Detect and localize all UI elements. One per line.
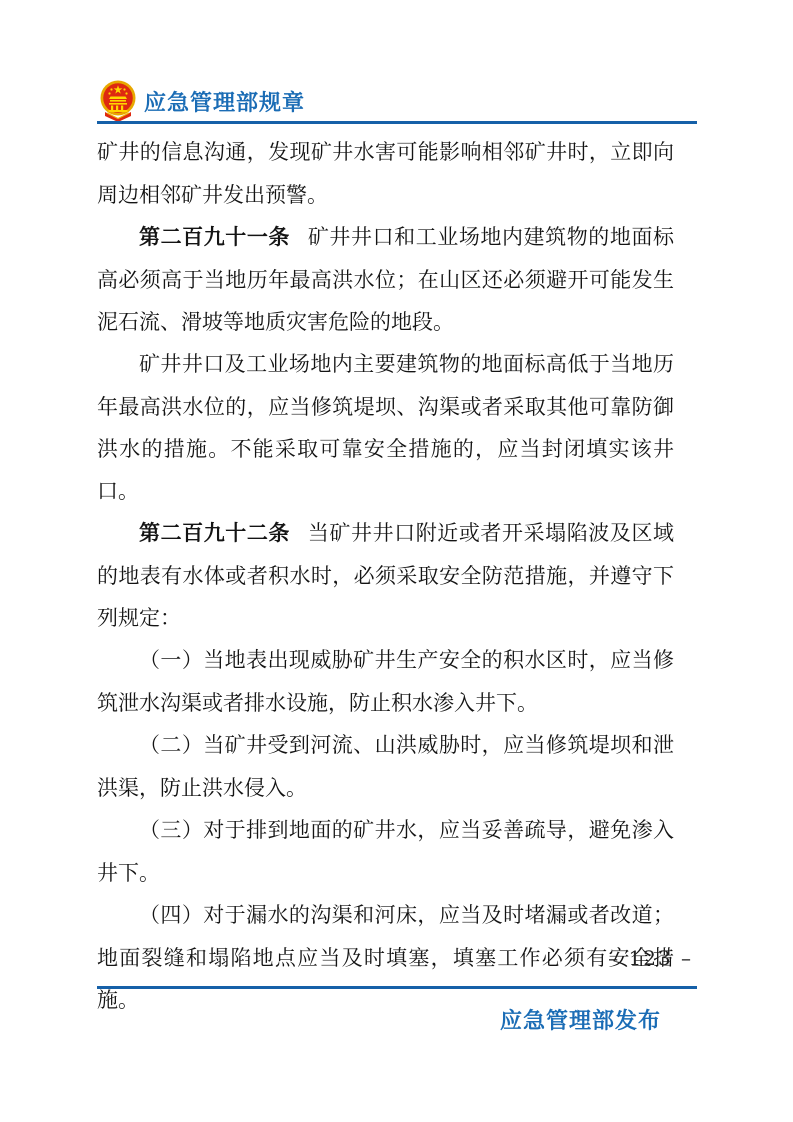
header-title: 应急管理部规章 (144, 86, 305, 117)
paragraph: 第二百九十一条矿井井口和工业场地内建筑物的地面标高必须高于当地历年最高洪水位；在… (97, 216, 674, 343)
document-page: 应急管理部规章 矿井的信息沟通，发现矿井水害可能影响相邻矿井时，立即向周边相邻矿… (0, 0, 793, 1122)
paragraph-text: （四）对于漏水的沟渠和河床，应当及时堵漏或者改道；地面裂缝和塌陷地点应当及时填塞… (97, 903, 674, 1012)
paragraph: （三）对于排到地面的矿井水，应当妥善疏导，避免渗入井下。 (97, 809, 674, 894)
paragraph: （一）当地表出现威胁矿井生产安全的积水区时，应当修筑泄水沟渠或者排水设施，防止积… (97, 639, 674, 724)
paragraph-text: 矿井井口及工业场地内主要建筑物的地面标高低于当地历年最高洪水位的，应当修筑堤坝、… (97, 352, 674, 503)
paragraph: 矿井井口及工业场地内主要建筑物的地面标高低于当地历年最高洪水位的，应当修筑堤坝、… (97, 343, 674, 512)
paragraph: 矿井的信息沟通，发现矿井水害可能影响相邻矿井时，立即向周边相邻矿井发出预警。 (97, 131, 674, 216)
paragraph: 第二百九十二条当矿井井口附近或者开采塌陷波及区域的地表有水体或者积水时，必须采取… (97, 512, 674, 639)
paragraph-text: （一）当地表出现威胁矿井生产安全的积水区时，应当修筑泄水沟渠或者排水设施，防止积… (97, 648, 674, 715)
page-number: – 123 – (608, 946, 693, 970)
paragraph-text: 矿井的信息沟通，发现矿井水害可能影响相邻矿井时，立即向周边相邻矿井发出预警。 (97, 140, 674, 207)
paragraph: （二）当矿井受到河流、山洪威胁时，应当修筑堤坝和泄洪渠，防止洪水侵入。 (97, 724, 674, 809)
paragraph: （四）对于漏水的沟渠和河床，应当及时堵漏或者改道；地面裂缝和塌陷地点应当及时填塞… (97, 894, 674, 1021)
document-body: 矿井的信息沟通，发现矿井水害可能影响相邻矿井时，立即向周边相邻矿井发出预警。 第… (97, 131, 674, 1021)
article-number: 第二百九十二条 (139, 522, 290, 545)
paragraph-text: （三）对于排到地面的矿井水，应当妥善疏导，避免渗入井下。 (97, 818, 674, 885)
national-emblem-icon (97, 79, 139, 123)
header-rule (97, 121, 697, 124)
publisher-label: 应急管理部发布 (500, 1004, 661, 1035)
article-number: 第二百九十一条 (139, 226, 290, 249)
paragraph-text: （二）当矿井受到河流、山洪威胁时，应当修筑堤坝和泄洪渠，防止洪水侵入。 (97, 733, 674, 800)
page-header: 应急管理部规章 (97, 79, 305, 123)
footer-rule (97, 986, 697, 989)
